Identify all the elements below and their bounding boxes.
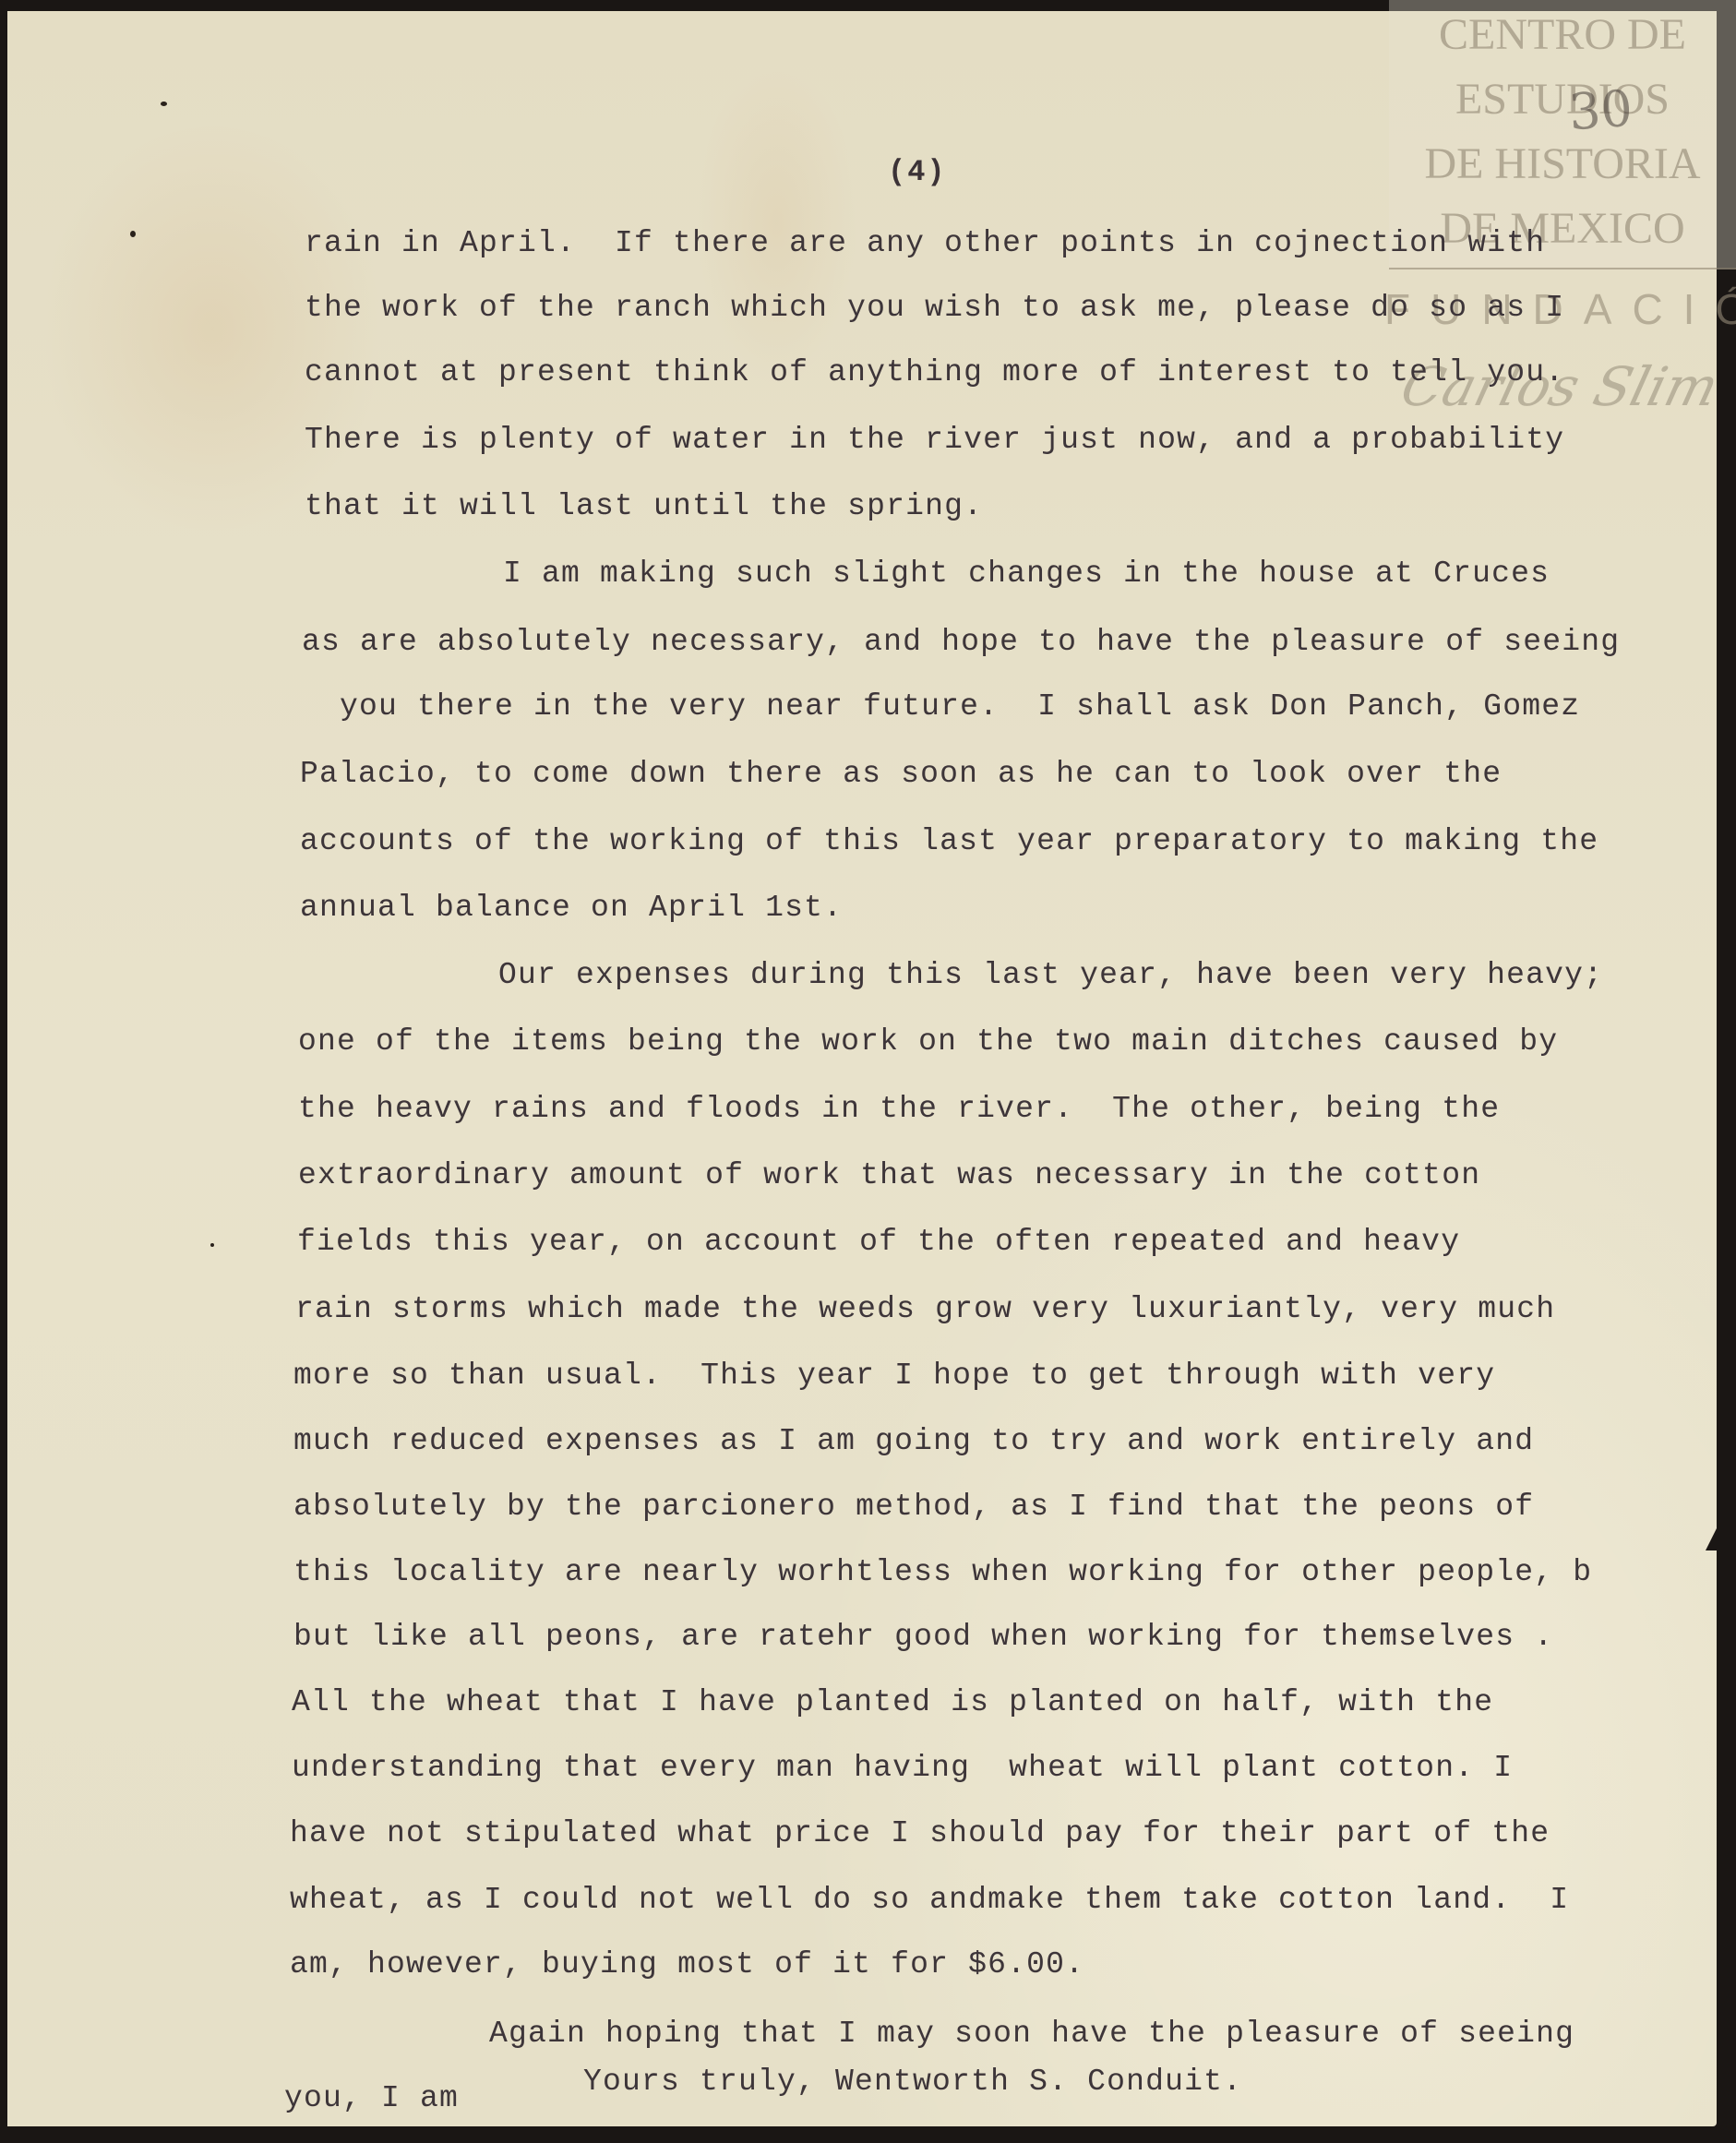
ink-speck	[130, 231, 136, 237]
letter-line: accounts of the working of this last yea…	[300, 824, 1598, 858]
watermark-line-3: DE HISTORIA	[1389, 142, 1736, 186]
letter-line: Palacio, to come down there as soon as h…	[300, 757, 1502, 791]
letter-line: you there in the very near future. I sha…	[340, 689, 1580, 724]
letter-line: Our expenses during this last year, have…	[498, 958, 1603, 992]
letter-line: cannot at present think of anything more…	[305, 355, 1564, 389]
letter-line: absolutely by the parcionero method, as …	[293, 1490, 1534, 1524]
letter-line: the heavy rains and floods in the river.…	[298, 1092, 1500, 1126]
letter-line: All the wheat that I have planted is pla…	[292, 1685, 1493, 1719]
archive-folio-number: 30	[1567, 79, 1634, 142]
letter-line: much reduced expenses as I am going to t…	[293, 1424, 1534, 1458]
letter-line: you, I am	[284, 2081, 459, 2115]
letter-line: Yours truly, Wentworth S. Conduit.	[583, 2065, 1242, 2099]
letter-line: one of the items being the work on the t…	[298, 1024, 1558, 1059]
letter-line: as are absolutely necessary, and hope to…	[302, 625, 1620, 659]
letter-line: that it will last until the spring.	[305, 489, 983, 523]
letter-line: but like all peons, are ratehr good when…	[293, 1620, 1553, 1654]
letter-line: fields this year, on account of the ofte…	[297, 1225, 1460, 1259]
letter-line: this locality are nearly worhtless when …	[293, 1555, 1592, 1589]
watermark-line-1: CENTRO DE	[1389, 13, 1736, 57]
watermark-line-2: ESTUDIOS	[1389, 78, 1736, 122]
page-number: (4)	[888, 155, 947, 189]
letter-line: more so than usual. This year I hope to …	[293, 1359, 1495, 1393]
letter-line: understanding that every man having whea…	[292, 1751, 1513, 1785]
letter-line: Again hoping that I may soon have the pl…	[489, 2017, 1574, 2051]
letter-line: am, however, buying most of it for $6.00…	[290, 1947, 1084, 1981]
letter-line: the work of the ranch which you wish to …	[305, 291, 1564, 325]
page-tear	[1706, 1525, 1718, 1550]
letter-line: wheat, as I could not well do so andmake…	[290, 1883, 1569, 1917]
ink-speck	[161, 102, 167, 106]
letter-line: rain storms which made the weeds grow ve…	[295, 1292, 1555, 1326]
letter-line: rain in April. If there are any other po…	[305, 226, 1545, 260]
letter-line: annual balance on April 1st.	[300, 891, 843, 925]
letter-line: have not stipulated what price I should …	[290, 1816, 1550, 1850]
letter-line: There is plenty of water in the river ju…	[305, 423, 1564, 457]
watermark-divider	[1389, 268, 1736, 269]
ink-speck	[210, 1243, 214, 1247]
letter-line: I am making such slight changes in the h…	[503, 557, 1550, 591]
letter-line: extraordinary amount of work that was ne…	[298, 1158, 1480, 1192]
